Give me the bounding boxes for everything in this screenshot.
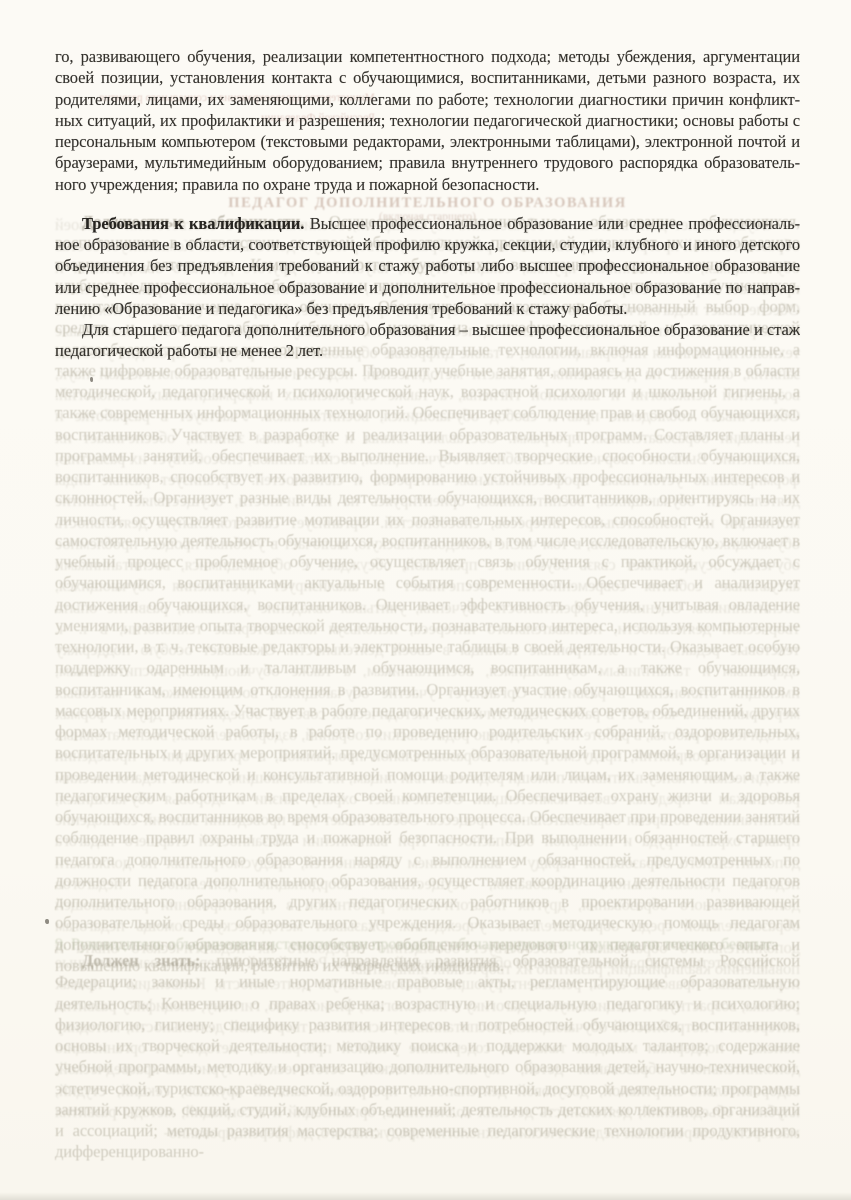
paragraph-knowledge-continued: го, развивающего обучения, реализации ко… (55, 46, 800, 195)
ghost-know-paragraph: Должен знать: приоритетные направления р… (55, 950, 800, 1163)
paragraph-senior-pedagogue: Для старшего педагога дополнительного об… (55, 319, 800, 362)
scan-speck (90, 377, 93, 382)
text-line: ного учреждения; правила по охране труда… (55, 174, 800, 195)
ghost-know-lead: Должен знать: (82, 951, 200, 970)
text-line: го, развивающего обучения, реализации ко… (55, 46, 800, 67)
text-line: ных ситуаций, их профилактики и разрешен… (55, 110, 800, 131)
scan-speck (45, 919, 49, 924)
qualification-heading-inline: Требования к квалификации. (82, 214, 304, 233)
ghost-know-text: приоритетные направления развития образо… (55, 951, 800, 1161)
ghost-know-mirror: приоритетные направления развития образо… (55, 952, 800, 1143)
text-line: или среднее профессиональное образование… (55, 277, 800, 298)
text-line: родителями, лицами, их заменяющими, колл… (55, 89, 800, 110)
ghost-safety-line: 9. Руководитель объединения систематичес… (55, 936, 800, 954)
text-line: Для старшего педагога дополнительного об… (55, 319, 800, 340)
text-line: педагогической работы не менее 2 лет. (55, 340, 800, 361)
document-page: Министерства здравоохранения и социально… (0, 0, 851, 1200)
text-line: Требования к квалификации. Высшее профес… (55, 213, 800, 234)
text-line: своей позиции, установления контакта с о… (55, 67, 800, 88)
text-span: Высшее профессиональное образование или … (304, 214, 800, 233)
text-line: ное образование в области, соответствующ… (55, 234, 800, 255)
printed-text: го, развивающего обучения, реализации ко… (55, 0, 800, 362)
text-line: объединения без предъявления требований … (55, 255, 800, 276)
paragraph-qualification-requirements: Требования к квалификации. Высшее профес… (55, 213, 800, 319)
text-line: лению «Образование и педагогика» без пре… (55, 298, 800, 319)
scan-edge-shadow (0, 1192, 851, 1200)
text-line: персональным компьютером (текстовыми ред… (55, 131, 800, 152)
text-line: браузерами, мультимедийным оборудованием… (55, 152, 800, 173)
